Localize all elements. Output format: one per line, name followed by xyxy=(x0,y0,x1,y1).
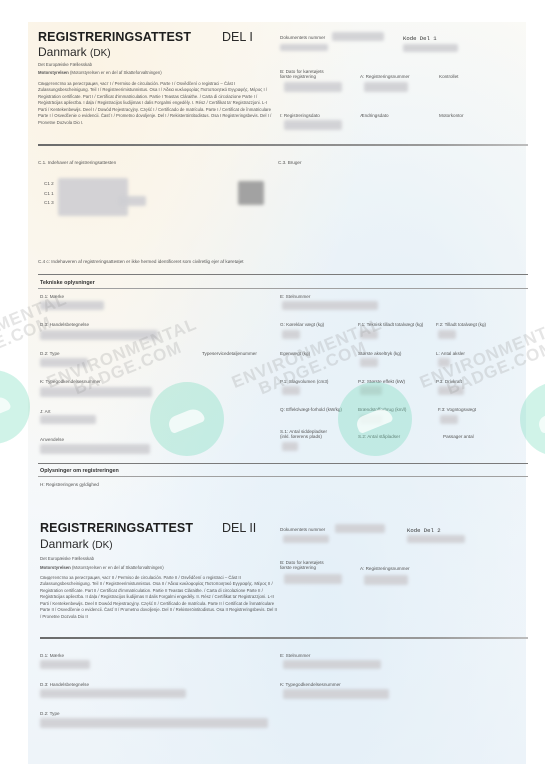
divider xyxy=(40,637,528,639)
redacted-g xyxy=(282,330,300,339)
authority-name: Motorstyrelsen xyxy=(38,70,69,75)
divider xyxy=(38,476,528,477)
redacted-field xyxy=(283,535,329,543)
divider xyxy=(38,288,528,289)
multilingual-title: Свидетелство за регистрация, част II / P… xyxy=(40,575,278,620)
redacted-d2 xyxy=(40,358,88,367)
redacted-d1 xyxy=(40,301,104,310)
redacted-d1 xyxy=(40,660,90,669)
redacted-e xyxy=(283,660,381,669)
a-label: A: Registreringsnummer xyxy=(360,74,410,79)
braendstof-label: Brændstofforbrug (km/l) xyxy=(358,407,406,412)
kontrol-label: Kontrollet xyxy=(439,74,458,79)
authority-label: Motorstyrelsen (Motorstyrelsen er en del… xyxy=(38,70,162,75)
aendring-label: Ændringsdato xyxy=(360,113,389,118)
union-label: Det Europæiske Fællesskab xyxy=(40,556,94,561)
technical-section-header: Tekniske oplysninger xyxy=(40,280,95,286)
d2-label: D.2: Type xyxy=(40,711,60,716)
f2-label: F.2: Tilladt totalvægt (kg) xyxy=(436,322,486,327)
redacted-b xyxy=(284,82,342,92)
j-label: J: Art xyxy=(40,409,50,414)
d3-label: D.3: Handelsbetegnelse xyxy=(40,322,89,327)
country-code: (DK) xyxy=(90,48,111,59)
redacted-p2 xyxy=(360,386,382,395)
authority-name: Motorstyrelsen xyxy=(40,565,71,570)
doc-part-label-1: DEL I xyxy=(222,30,253,44)
redacted-aksel xyxy=(360,358,378,367)
d2-label: D.2: Type xyxy=(40,351,60,356)
aksel-label: Største akseltryk (kg) xyxy=(358,351,401,356)
divider xyxy=(38,274,528,275)
divider xyxy=(38,144,528,146)
doc-title-part1: REGISTRERINGSATTEST xyxy=(38,30,191,44)
k-label: K: Typegodkendelsesnummer xyxy=(280,682,341,687)
anvendelse-label: Anvendelse xyxy=(40,437,64,442)
redacted-l xyxy=(438,358,450,367)
f3-label: F.3: Vogntogsvægt xyxy=(438,407,476,412)
redacted-d2 xyxy=(40,718,268,728)
egenvaegt-label: Egenvægt (kg) xyxy=(280,351,310,356)
doc-number-label: Dokumentets nummer xyxy=(280,527,325,532)
p1-label: P.1: Slagvolumen (cm3) xyxy=(280,379,328,384)
redacted-p3 xyxy=(438,386,464,395)
motorkontor-label: Motorkontor xyxy=(439,113,464,118)
redacted-p1 xyxy=(282,386,300,395)
car-icon xyxy=(0,394,12,422)
doc-number-label: Dokumentets nummer xyxy=(280,35,325,40)
country-name: Danmark xyxy=(38,45,87,59)
i-label: I: Registreringsdato xyxy=(280,113,320,118)
watermark-badge xyxy=(0,370,30,444)
b-label: B: Dato for køretøjetsførste registrerin… xyxy=(280,69,324,80)
k-label: K: Typegodkendelsesnummer xyxy=(40,379,101,384)
redacted-k xyxy=(40,387,152,397)
redacted-j xyxy=(40,415,96,424)
redacted-a xyxy=(364,82,408,92)
redacted-i xyxy=(284,120,342,130)
redacted-f3 xyxy=(440,415,458,424)
authority-note: (Motorstyrelsen er en del af Skatteforva… xyxy=(69,70,162,75)
kode-label: Kode Del 2 xyxy=(407,527,441,534)
s2-label: S.2: Antal ståpladser xyxy=(358,434,400,439)
p3-label: P.3: Drivkraft xyxy=(436,379,462,384)
q-label: Q: Effekt/vægt-forhold (kW/kg) xyxy=(280,407,342,412)
s1-label: S.1: Antal siddepladser(inkl. førerens p… xyxy=(280,429,327,440)
country: Danmark (DK) xyxy=(40,537,113,551)
redacted-doc-number xyxy=(335,524,385,533)
redacted-k xyxy=(283,689,389,699)
redacted-d3 xyxy=(40,689,186,698)
doc-title-part2: REGISTRERINGSATTEST xyxy=(40,521,193,535)
redacted-doc-number xyxy=(332,32,384,41)
e-label: E: Stelnummer xyxy=(280,653,310,658)
union-label: Det Europæiske Fællesskab xyxy=(38,62,92,67)
d1-label: D.1: Mærke xyxy=(40,294,64,299)
redacted-field xyxy=(280,44,328,51)
redacted-f1 xyxy=(360,330,378,339)
passager-label: Passager antal xyxy=(443,434,474,439)
authority-note: (Motorstyrelsen er en del af Skatteforva… xyxy=(71,565,164,570)
country-code: (DK) xyxy=(92,540,113,551)
redacted-s1 xyxy=(282,442,298,451)
redacted-a xyxy=(364,575,408,585)
f1-label: F.1: Teknisk tilladt totalvægt (kg) xyxy=(358,322,423,327)
c1-label: C.1. Indehaver af registreringsattesten xyxy=(38,160,116,165)
c4-label: C.4 c: Indehaveren af registreringsattes… xyxy=(38,259,244,264)
h-label: H: Registreringens gyldighed xyxy=(40,482,99,487)
c3-label: C.3. Bruger xyxy=(278,160,302,165)
redacted-d3 xyxy=(40,330,158,340)
b-label-line2: første registrering xyxy=(280,74,324,79)
registration-section-header: Oplysninger om registreringen xyxy=(40,468,119,474)
d3-label: D.3: Handelsbetegnelse xyxy=(40,682,89,687)
l-label: L: Antal aksler xyxy=(436,351,465,356)
c11-label: C1 1 xyxy=(44,191,54,196)
redacted-f2 xyxy=(438,330,456,339)
divider xyxy=(38,463,528,464)
redacted-kode xyxy=(407,535,465,543)
redacted-holder xyxy=(118,196,146,206)
multilingual-title: Свидетелство за регистрация, част I / Pe… xyxy=(38,81,276,126)
country: Danmark (DK) xyxy=(38,45,111,59)
authority-label: Motorstyrelsen (Motorstyrelsen er en del… xyxy=(40,565,164,570)
kode-label: Kode Del 1 xyxy=(403,35,437,42)
c13-label: C1 3 xyxy=(44,200,54,205)
b-label-line2: første registrering xyxy=(280,565,324,570)
a-label: A: Registreringsnummer xyxy=(360,566,410,571)
b-label: B: Dato for køretøjetsførste registrerin… xyxy=(280,560,324,571)
typevariant-label: Typeservicedetaljenummer xyxy=(202,351,257,356)
redacted-holder-id xyxy=(238,181,264,205)
redacted-anvendelse xyxy=(40,444,150,454)
redacted-braendstof xyxy=(360,415,382,424)
country-name: Danmark xyxy=(40,537,89,551)
redacted-e xyxy=(282,301,378,310)
c12-label: C1 2 xyxy=(44,181,54,186)
redacted-b xyxy=(284,574,342,584)
s1-label-line2: (inkl. førerens plads) xyxy=(280,434,327,439)
doc-part-label-2: DEL II xyxy=(222,521,256,535)
car-icon xyxy=(536,406,545,434)
g-label: G: Køreklar vægt (kg) xyxy=(280,322,324,327)
p2-label: P.2: Største effekt (kW) xyxy=(358,379,405,384)
redacted-kode xyxy=(403,44,458,52)
d1-label: D.1: Mærke xyxy=(40,653,64,658)
e-label: E: Stelnummer xyxy=(280,294,310,299)
